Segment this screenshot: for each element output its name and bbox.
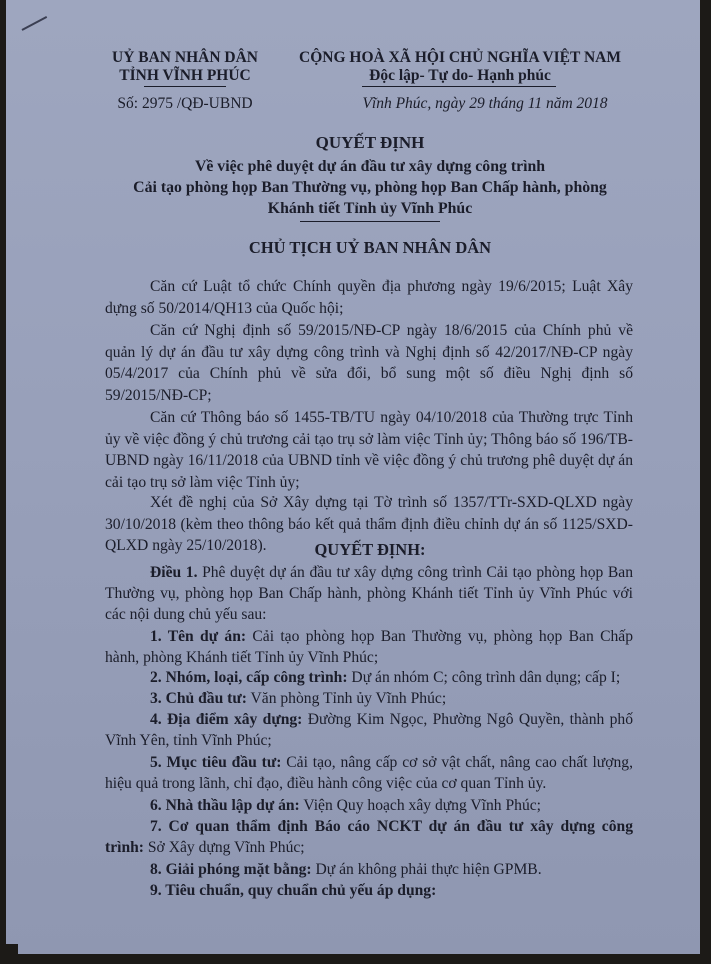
- item-label: 6. Nhà thầu lập dự án:: [150, 797, 300, 814]
- item-label: 3. Chủ đầu tư:: [150, 690, 247, 707]
- subject-line-3: Khánh tiết Tỉnh ủy Vĩnh Phúc: [100, 200, 640, 218]
- subject-line-2: Cải tạo phòng họp Ban Thường vụ, phòng h…: [100, 179, 640, 197]
- item-label: 5. Mục tiêu đầu tư:: [150, 754, 281, 771]
- article-item: 2. Nhóm, loại, cấp công trình: Dự án nhó…: [105, 667, 633, 688]
- item-text: Dự án không phải thực hiện GPMB.: [312, 861, 542, 878]
- document-type: QUYẾT ĐỊNH: [100, 133, 640, 153]
- document-number: Số: 2975 /QĐ-UBND: [100, 95, 270, 113]
- item-label: 4. Địa điểm xây dựng:: [150, 711, 302, 728]
- preamble-paragraph: Căn cứ Nghị định số 59/2015/NĐ-CP ngày 1…: [105, 320, 633, 406]
- article-item: 3. Chủ đầu tư: Văn phòng Tỉnh ủy Vĩnh Ph…: [105, 688, 633, 709]
- place-date: Vĩnh Phúc, ngày 29 tháng 11 năm 2018: [340, 95, 630, 113]
- item-text: Sở Xây dựng Vĩnh Phúc;: [144, 839, 305, 856]
- agency-underline: [144, 86, 226, 87]
- preamble-paragraph: Căn cứ Luật tổ chức Chính quyền địa phươ…: [105, 276, 633, 319]
- article-1: Điều 1. Phê duyệt dự án đầu tư xây dựng …: [105, 562, 633, 625]
- national-motto: Độc lập- Tự do- Hạnh phúc: [290, 67, 630, 85]
- background-edge: [0, 944, 18, 964]
- item-text: Văn phòng Tỉnh ủy Vĩnh Phúc;: [247, 690, 446, 707]
- item-text: Dự án nhóm C; công trình dân dụng; cấp I…: [348, 669, 621, 686]
- item-label: 9. Tiêu chuẩn, quy chuẩn chủ yếu áp dụng…: [150, 882, 436, 899]
- article-item: 4. Địa điểm xây dựng: Đường Kim Ngọc, Ph…: [105, 709, 633, 751]
- article-label: Điều 1.: [150, 564, 197, 581]
- issuing-authority: CHỦ TỊCH UỶ BAN NHÂN DÂN: [100, 238, 640, 258]
- subject-line-1: Về việc phê duyệt dự án đầu tư xây dựng …: [100, 158, 640, 176]
- item-label: 8. Giải phóng mặt bằng:: [150, 861, 312, 878]
- title-underline: [300, 221, 440, 222]
- nation-title: CỘNG HOÀ XÃ HỘI CHỦ NGHĨA VIỆT NAM: [290, 49, 630, 67]
- article-item: 7. Cơ quan thẩm định Báo cáo NCKT dự án …: [105, 816, 633, 858]
- article-item: 5. Mục tiêu đầu tư: Cải tạo, nâng cấp cơ…: [105, 752, 633, 794]
- agency-name: UỶ BAN NHÂN DÂN: [100, 49, 270, 67]
- item-label: 1. Tên dự án:: [150, 628, 246, 645]
- article-item: 6. Nhà thầu lập dự án: Viện Quy hoạch xâ…: [105, 795, 633, 816]
- preamble-paragraph: Căn cứ Thông báo số 1455-TB/TU ngày 04/1…: [105, 407, 633, 493]
- article-item: 8. Giải phóng mặt bằng: Dự án không phải…: [105, 859, 633, 880]
- article-item: 1. Tên dự án: Cải tạo phòng họp Ban Thườ…: [105, 626, 633, 668]
- decision-heading: QUYẾT ĐỊNH:: [100, 540, 640, 560]
- article-item: 9. Tiêu chuẩn, quy chuẩn chủ yếu áp dụng…: [105, 880, 633, 901]
- item-label: 2. Nhóm, loại, cấp công trình:: [150, 669, 348, 686]
- motto-underline: [362, 86, 556, 87]
- item-text: Viện Quy hoạch xây dựng Vĩnh Phúc;: [300, 797, 541, 814]
- agency-province: TỈNH VĨNH PHÚC: [100, 67, 270, 85]
